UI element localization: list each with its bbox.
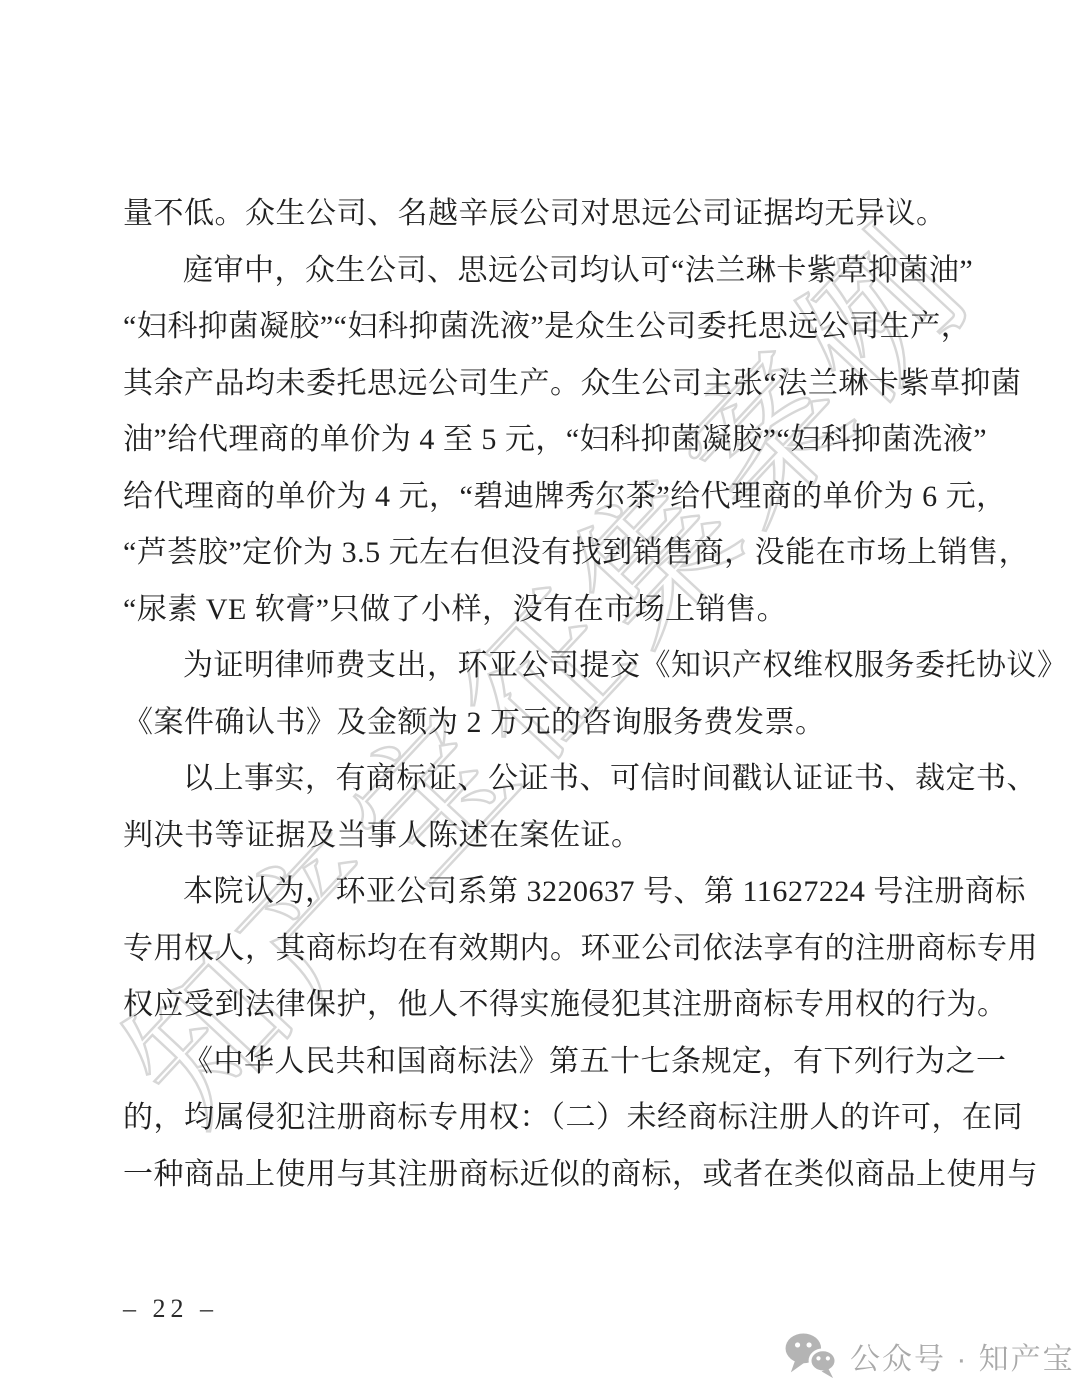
text-line: 权应受到法律保护，他人不得实施侵犯其注册商标专用权的行为。 xyxy=(123,977,993,1034)
text-line: “芦荟胶”定价为 3.5 元左右但没有找到销售商，没能在市场上销售， xyxy=(123,525,993,582)
footer: 公众号 · 知产宝 xyxy=(784,1332,1075,1380)
text-line: 其余产品均未委托思远公司生产。众生公司主张“法兰琳卡紫草抑菌 xyxy=(123,356,993,413)
text-line: 判决书等证据及当事人陈述在案佐证。 xyxy=(123,808,993,865)
text-line: “妇科抑菌凝胶”“妇科抑菌洗液”是众生公司委托思远公司生产， xyxy=(123,299,993,356)
text-line: 油”给代理商的单价为 4 至 5 元，“妇科抑菌凝胶”“妇科抑菌洗液” xyxy=(123,412,993,469)
wechat-icon xyxy=(784,1332,838,1380)
text-line: 给代理商的单价为 4 元，“碧迪牌秀尔茶”给代理商的单价为 6 元， xyxy=(123,469,993,526)
text-line: “尿素 VE 软膏”只做了小样，没有在市场上销售。 xyxy=(123,582,993,639)
document-body: 量不低。众生公司、名越辛辰公司对思远公司证据均无异议。庭审中，众生公司、思远公司… xyxy=(123,186,993,1203)
text-line: 专用权人，其商标均在有效期内。环亚公司依法享有的注册商标专用 xyxy=(123,921,993,978)
page-number: – 22 – xyxy=(123,1294,218,1324)
text-line: 《中华人民共和国商标法》第五十七条规定，有下列行为之一 xyxy=(123,1034,993,1091)
text-line: 的，均属侵犯注册商标专用权：（二）未经商标注册人的许可，在同 xyxy=(123,1090,993,1147)
text-line: 量不低。众生公司、名越辛辰公司对思远公司证据均无异议。 xyxy=(123,186,993,243)
text-line: 《案件确认书》及金额为 2 万元的咨询服务费发票。 xyxy=(123,695,993,752)
text-line: 本院认为，环亚公司系第 3220637 号、第 11627224 号注册商标 xyxy=(123,864,993,921)
document-page: 知产宝征集案例 量不低。众生公司、名越辛辰公司对思远公司证据均无异议。庭审中，众… xyxy=(0,0,1080,1397)
text-line: 以上事实，有商标证、公证书、可信时间戳认证证书、裁定书、 xyxy=(123,751,993,808)
text-line: 一种商品上使用与其注册商标近似的商标，或者在类似商品上使用与 xyxy=(123,1147,993,1204)
text-line: 为证明律师费支出，环亚公司提交《知识产权维权服务委托协议》 xyxy=(123,638,993,695)
text-line: 庭审中，众生公司、思远公司均认可“法兰琳卡紫草抑菌油” xyxy=(123,243,993,300)
footer-account-label: 公众号 · 知产宝 xyxy=(850,1334,1075,1378)
